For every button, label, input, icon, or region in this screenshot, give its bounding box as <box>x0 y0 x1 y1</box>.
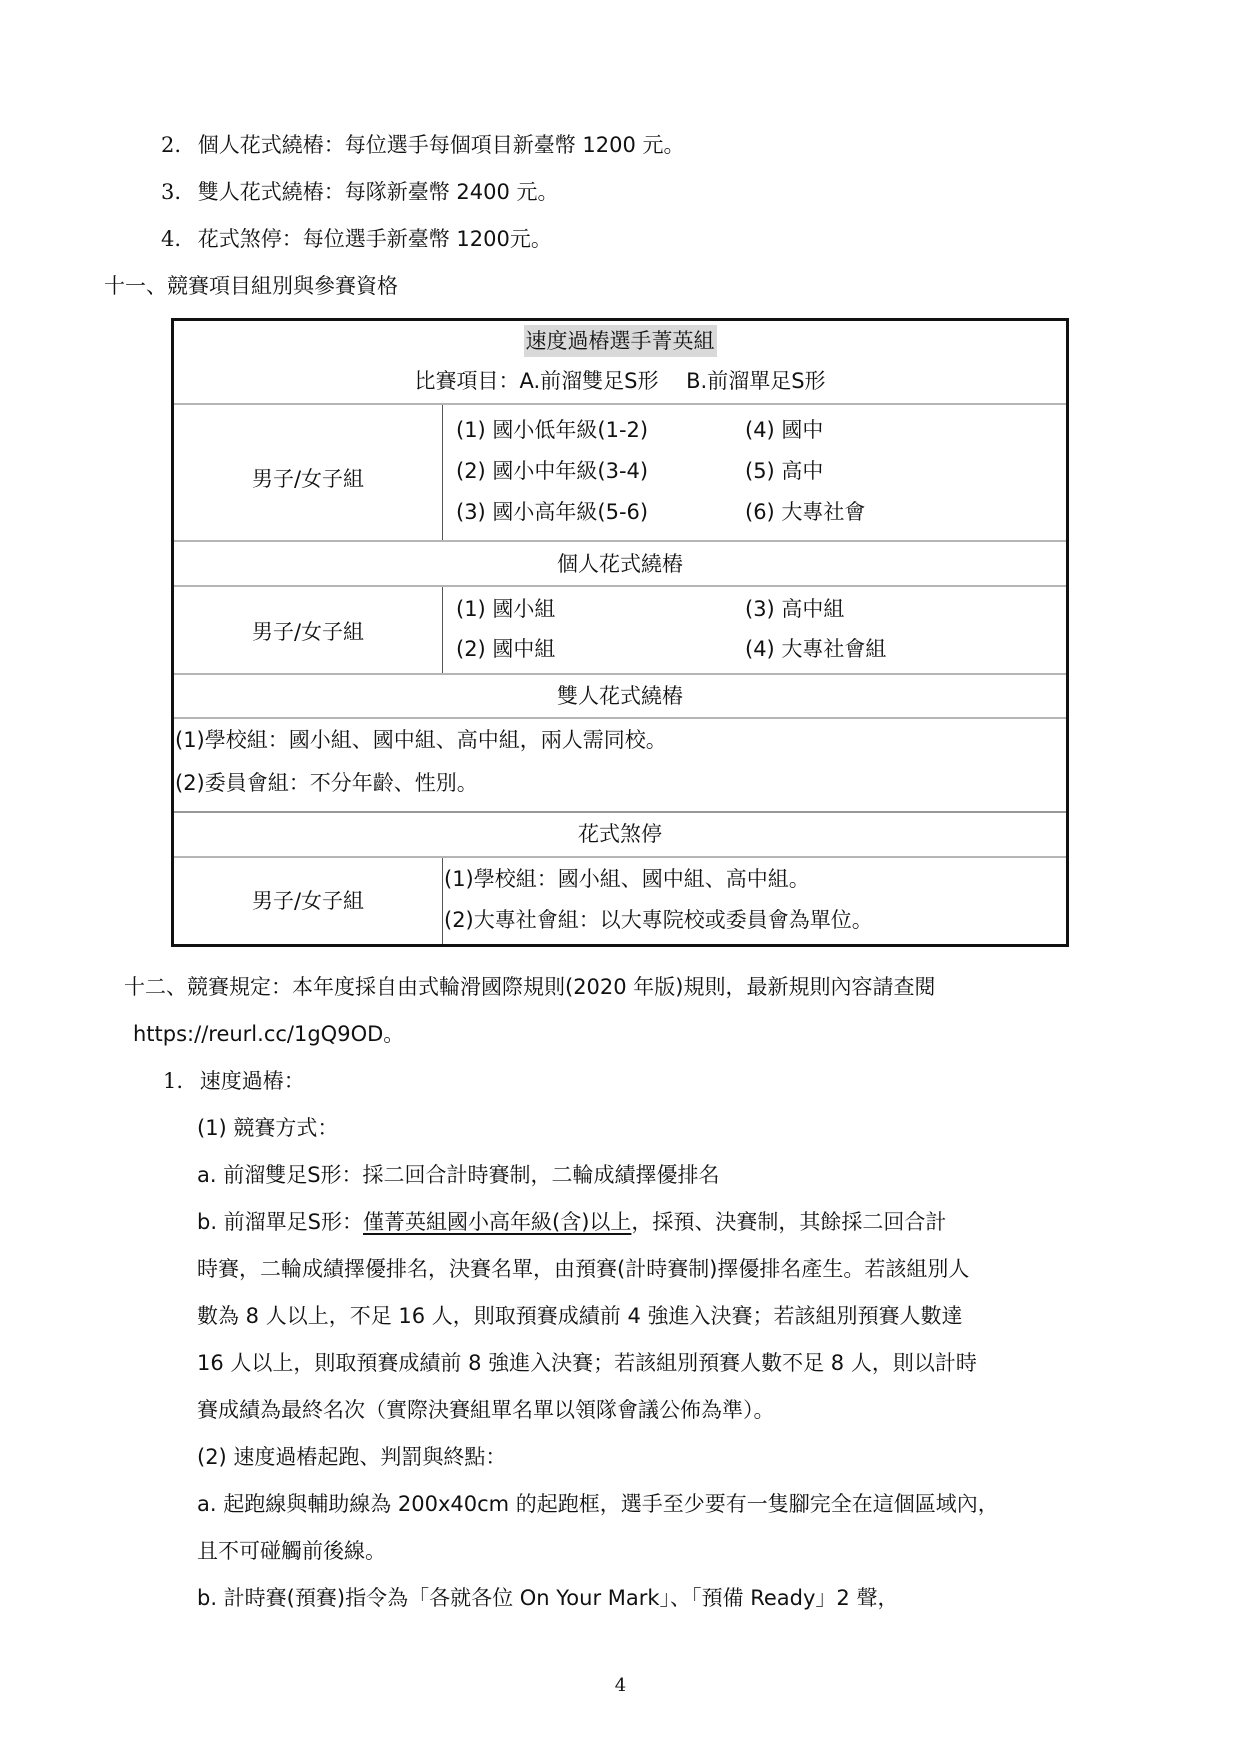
individual-level-2: (2) 國中組 <box>456 635 555 663</box>
eligibility-table: 速度過樁選手菁英組 比賽項目：A.前溜雙足S形 B.前溜單足S形 男子/女子組 … <box>171 318 1069 947</box>
individual-level-4: (4) 大專社會組 <box>745 635 886 663</box>
list-number: 2. <box>161 131 181 159</box>
sub-1-b-cont-4: 賽成績為最終名次（實際決賽組單名單以領隊會議公佈為準）。 <box>197 1396 775 1424</box>
fee-item-3: 3. 雙人花式繞樁：每隊新臺幣 2400 元。 <box>161 178 559 206</box>
sub-1-b-suffix: ，採預、決賽制，其餘採二回合計 <box>631 1210 946 1234</box>
divider <box>174 673 1066 675</box>
sub-1-b-underlined: 僅菁英組國小高年級(含)以上 <box>363 1210 631 1234</box>
sub-2-label: (2) 速度過樁起跑、判罰與終點： <box>197 1443 506 1471</box>
speed-level-1: (1) 國小低年級(1-2) <box>456 416 648 444</box>
individual-group-label: 男子/女子組 <box>174 618 442 646</box>
rules-link[interactable]: https://reurl.cc/1gQ9OD <box>133 1022 383 1046</box>
speed-events: 比賽項目：A.前溜雙足S形 B.前溜單足S形 <box>174 367 1066 395</box>
sub-2-a: a. 起跑線與輔助線為 200x40cm 的起跑框，選手至少要有一隻腳完全在這個… <box>197 1490 999 1518</box>
divider <box>174 403 1066 405</box>
speed-group-label: 男子/女子組 <box>174 465 442 493</box>
divider <box>174 540 1066 542</box>
sub-1-b-cont-2: 數為 8 人以上，不足 16 人，則取預賽成績前 4 強進入決賽；若該組別預賽人… <box>197 1302 963 1330</box>
slide-group-label: 男子/女子組 <box>174 887 442 915</box>
list-number: 1. <box>163 1067 183 1095</box>
divider <box>174 811 1066 813</box>
fee-text: 花式煞停：每位選手新臺幣 1200元。 <box>198 227 552 251</box>
divider <box>442 405 443 541</box>
slide-line-1: (1)學校組：國小組、國中組、高中組。 <box>444 865 810 893</box>
divider <box>174 585 1066 587</box>
item-1-speed: 1. 速度過樁： <box>163 1067 305 1095</box>
speed-title-cell: 速度過樁選手菁英組 <box>174 327 1066 355</box>
divider <box>442 858 443 944</box>
fee-item-2: 2. 個人花式繞樁：每位選手每個項目新臺幣 1200 元。 <box>161 131 685 159</box>
item-label: 速度過樁： <box>200 1069 305 1093</box>
speed-level-3: (3) 國小高年級(5-6) <box>456 498 648 526</box>
period: 。 <box>383 1022 404 1046</box>
sub-1-b: b. 前溜單足S形：僅菁英組國小高年級(含)以上，採預、決賽制，其餘採二回合計 <box>197 1208 946 1236</box>
sub-1-b-cont-1: 時賽，二輪成績擇優排名，決賽名單，由預賽(計時賽制)擇優排名產生。若該組別人 <box>197 1255 969 1283</box>
sub-2-b: b. 計時賽(預賽)指令為「各就各位 On Your Mark」、「預備 Rea… <box>197 1584 898 1612</box>
list-number: 4. <box>161 225 181 253</box>
rules-link-line: https://reurl.cc/1gQ9OD。 <box>133 1020 404 1048</box>
section-11-heading: 十一、競賽項目組別與參賽資格 <box>104 272 398 300</box>
slide-line-2: (2)大專社會組：以大專院校或委員會為單位。 <box>444 906 873 934</box>
speed-level-6: (6) 大專社會 <box>745 498 865 526</box>
divider <box>442 587 443 673</box>
speed-level-4: (4) 國中 <box>745 416 823 444</box>
pair-title: 雙人花式繞樁 <box>174 682 1066 710</box>
pair-line-2: (2)委員會組：不分年齡、性別。 <box>175 769 478 797</box>
section-12-heading: 十二、競賽規定：本年度採自由式輪滑國際規則(2020 年版)規則，最新規則內容請… <box>124 973 936 1001</box>
sub-1-b-prefix: b. 前溜單足S形： <box>197 1210 363 1234</box>
sub-2-a-cont: 且不可碰觸前後線。 <box>197 1537 386 1565</box>
list-number: 3. <box>161 178 181 206</box>
fee-text: 雙人花式繞樁：每隊新臺幣 2400 元。 <box>198 180 559 204</box>
fee-text: 個人花式繞樁：每位選手每個項目新臺幣 1200 元。 <box>198 133 685 157</box>
sub-1-label: (1) 競賽方式： <box>197 1114 338 1142</box>
sub-1-b-cont-3: 16 人以上，則取預賽成績前 8 強進入決賽；若該組別預賽人數不足 8 人，則以… <box>197 1349 977 1377</box>
slide-title: 花式煞停 <box>174 820 1066 848</box>
page-number: 4 <box>0 1675 1241 1696</box>
individual-level-1: (1) 國小組 <box>456 595 555 623</box>
speed-level-2: (2) 國小中年級(3-4) <box>456 457 648 485</box>
speed-level-5: (5) 高中 <box>745 457 823 485</box>
fee-item-4: 4. 花式煞停：每位選手新臺幣 1200元。 <box>161 225 552 253</box>
individual-level-3: (3) 高中組 <box>745 595 844 623</box>
divider <box>174 717 1066 719</box>
individual-title: 個人花式繞樁 <box>174 550 1066 578</box>
sub-1-a: a. 前溜雙足S形：採二回合計時賽制，二輪成績擇優排名 <box>197 1161 720 1189</box>
speed-title: 速度過樁選手菁英組 <box>524 325 717 357</box>
divider <box>174 856 1066 858</box>
pair-line-1: (1)學校組：國小組、國中組、高中組，兩人需同校。 <box>175 726 667 754</box>
